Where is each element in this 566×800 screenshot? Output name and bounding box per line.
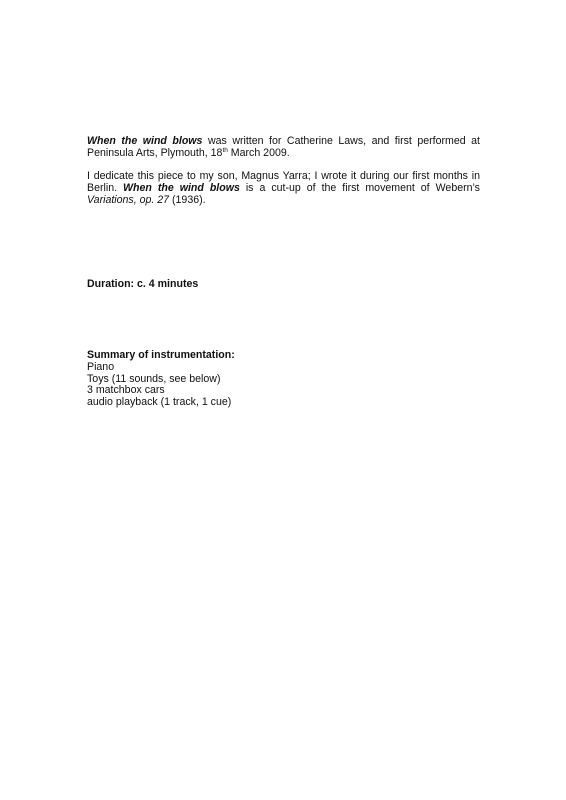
dedication-paragraph: I dedicate this piece to my son, Magnus … <box>87 171 480 206</box>
premiere-paragraph: When the wind blows was written for Cath… <box>87 136 480 160</box>
piece-title: When the wind blows <box>87 135 202 147</box>
duration-label: Duration: c. 4 minutes <box>87 279 198 291</box>
program-notes: When the wind blows was written for Cath… <box>87 136 480 206</box>
instrument-item: audio playback (1 track, 1 cue) <box>87 397 235 409</box>
instrument-item: Piano <box>87 362 235 374</box>
piece-title: When the wind blows <box>123 182 240 194</box>
source-work-title: Variations, op. 27 <box>87 194 169 206</box>
instrumentation-summary: Summary of instrumentation: Piano Toys (… <box>87 350 235 409</box>
